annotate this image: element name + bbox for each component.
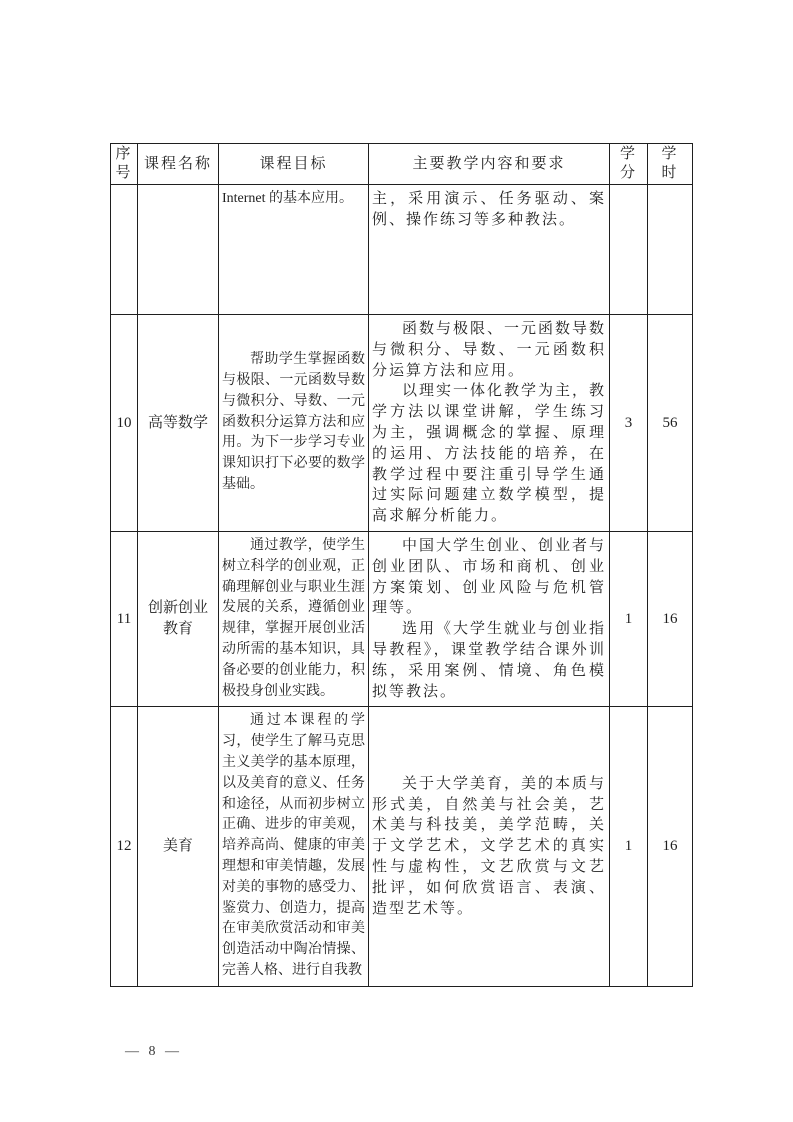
cell-hours: 16	[648, 707, 693, 986]
column-header-hours: 学 时	[648, 144, 693, 185]
table-row: 12 美育 通过本课程的学习，使学生了解马克思主义美学的基本原理，以及美育的意义…	[111, 707, 693, 986]
objective-paragraph: 帮助学生掌握函数与极限、一元函数导数与微积分、导数、一元函数积分运算方法和应用。…	[222, 350, 365, 496]
content-paragraph: 关于大学美育，美的本质与形式美，自然美与社会美，艺术美与科技美，美学范畴，关于文…	[372, 774, 606, 920]
cell-seq	[111, 185, 138, 315]
cell-hours: 16	[648, 532, 693, 707]
column-header-content: 主要教学内容和要求	[369, 144, 610, 185]
cell-hours: 56	[648, 315, 693, 532]
document-page: { "page": { "number": "8", "number_displ…	[0, 0, 793, 1122]
content-paragraph: 中国大学生创业、创业者与创业团队、市场和商机、创业方案策划、创业风险与危机管理等…	[372, 536, 606, 619]
column-header-course-name: 课程名称	[138, 144, 219, 185]
cell-content: 主，采用演示、任务驱动、案例、操作练习等多种教法。	[369, 185, 610, 315]
table-row: Internet 的基本应用。 主，采用演示、任务驱动、案例、操作练习等多种教法…	[111, 185, 693, 315]
cell-seq: 10	[111, 315, 138, 532]
column-header-seq: 序 号	[111, 144, 138, 185]
content-paragraph: 主，采用演示、任务驱动、案例、操作练习等多种教法。	[372, 189, 606, 231]
course-table: 序 号 课程名称 课程目标 主要教学内容和要求 学 分 学 时 Internet…	[110, 143, 693, 987]
cell-objectives: 帮助学生掌握函数与极限、一元函数导数与微积分、导数、一元函数积分运算方法和应用。…	[219, 315, 369, 532]
cell-seq: 12	[111, 707, 138, 986]
cell-credits	[610, 185, 648, 315]
table-body: Internet 的基本应用。 主，采用演示、任务驱动、案例、操作练习等多种教法…	[111, 185, 693, 987]
cell-content: 函数与极限、一元函数导数与微积分、导数、一元函数积分运算方法和应用。以理实一体化…	[369, 315, 610, 532]
cell-credits: 3	[610, 315, 648, 532]
page-number: — 8 —	[125, 1044, 182, 1060]
table-row: 11 创新创业教育 通过教学，使学生树立科学的创业观，正确理解创业与职业生涯发展…	[111, 532, 693, 707]
cell-credits: 1	[610, 707, 648, 986]
cell-objectives: 通过教学，使学生树立科学的创业观，正确理解创业与职业生涯发展的关系，遵循创业规律…	[219, 532, 369, 707]
cell-hours	[648, 185, 693, 315]
cell-content: 中国大学生创业、创业者与创业团队、市场和商机、创业方案策划、创业风险与危机管理等…	[369, 532, 610, 707]
header-row: 序 号 课程名称 课程目标 主要教学内容和要求 学 分 学 时	[111, 144, 693, 185]
content-paragraph: 选用《大学生就业与创业指导教程》，课堂教学结合课外训练，采用案例、情境、角色模拟…	[372, 619, 606, 702]
cell-content: 关于大学美育，美的本质与形式美，自然美与社会美，艺术美与科技美，美学范畴，关于文…	[369, 707, 610, 986]
column-header-credits: 学 分	[610, 144, 648, 185]
content-paragraph: 函数与极限、一元函数导数与微积分、导数、一元函数积分运算方法和应用。	[372, 319, 606, 381]
table-header: 序 号 课程名称 课程目标 主要教学内容和要求 学 分 学 时	[111, 144, 693, 185]
cell-course-name: 创新创业教育	[138, 532, 219, 707]
cell-course-name: 高等数学	[138, 315, 219, 532]
cell-objectives: Internet 的基本应用。	[219, 185, 369, 315]
cell-course-name	[138, 185, 219, 315]
column-header-objectives: 课程目标	[219, 144, 369, 185]
table-row: 10 高等数学 帮助学生掌握函数与极限、一元函数导数与微积分、导数、一元函数积分…	[111, 315, 693, 532]
cell-seq: 11	[111, 532, 138, 707]
objective-paragraph: Internet 的基本应用。	[222, 189, 365, 210]
cell-course-name: 美育	[138, 707, 219, 986]
objective-paragraph: 通过教学，使学生树立科学的创业观，正确理解创业与职业生涯发展的关系，遵循创业规律…	[222, 536, 365, 702]
cell-objectives: 通过本课程的学习，使学生了解马克思主义美学的基本原理，以及美育的意义、任务和途径…	[219, 707, 369, 986]
course-table-wrapper: 序 号 课程名称 课程目标 主要教学内容和要求 学 分 学 时 Internet…	[110, 143, 693, 987]
content-paragraph: 以理实一体化教学为主，教学方法以课堂讲解，学生练习为主，强调概念的掌握、原理的运…	[372, 381, 606, 527]
objective-paragraph: 通过本课程的学习，使学生了解马克思主义美学的基本原理，以及美育的意义、任务和途径…	[222, 711, 365, 981]
cell-credits: 1	[610, 532, 648, 707]
